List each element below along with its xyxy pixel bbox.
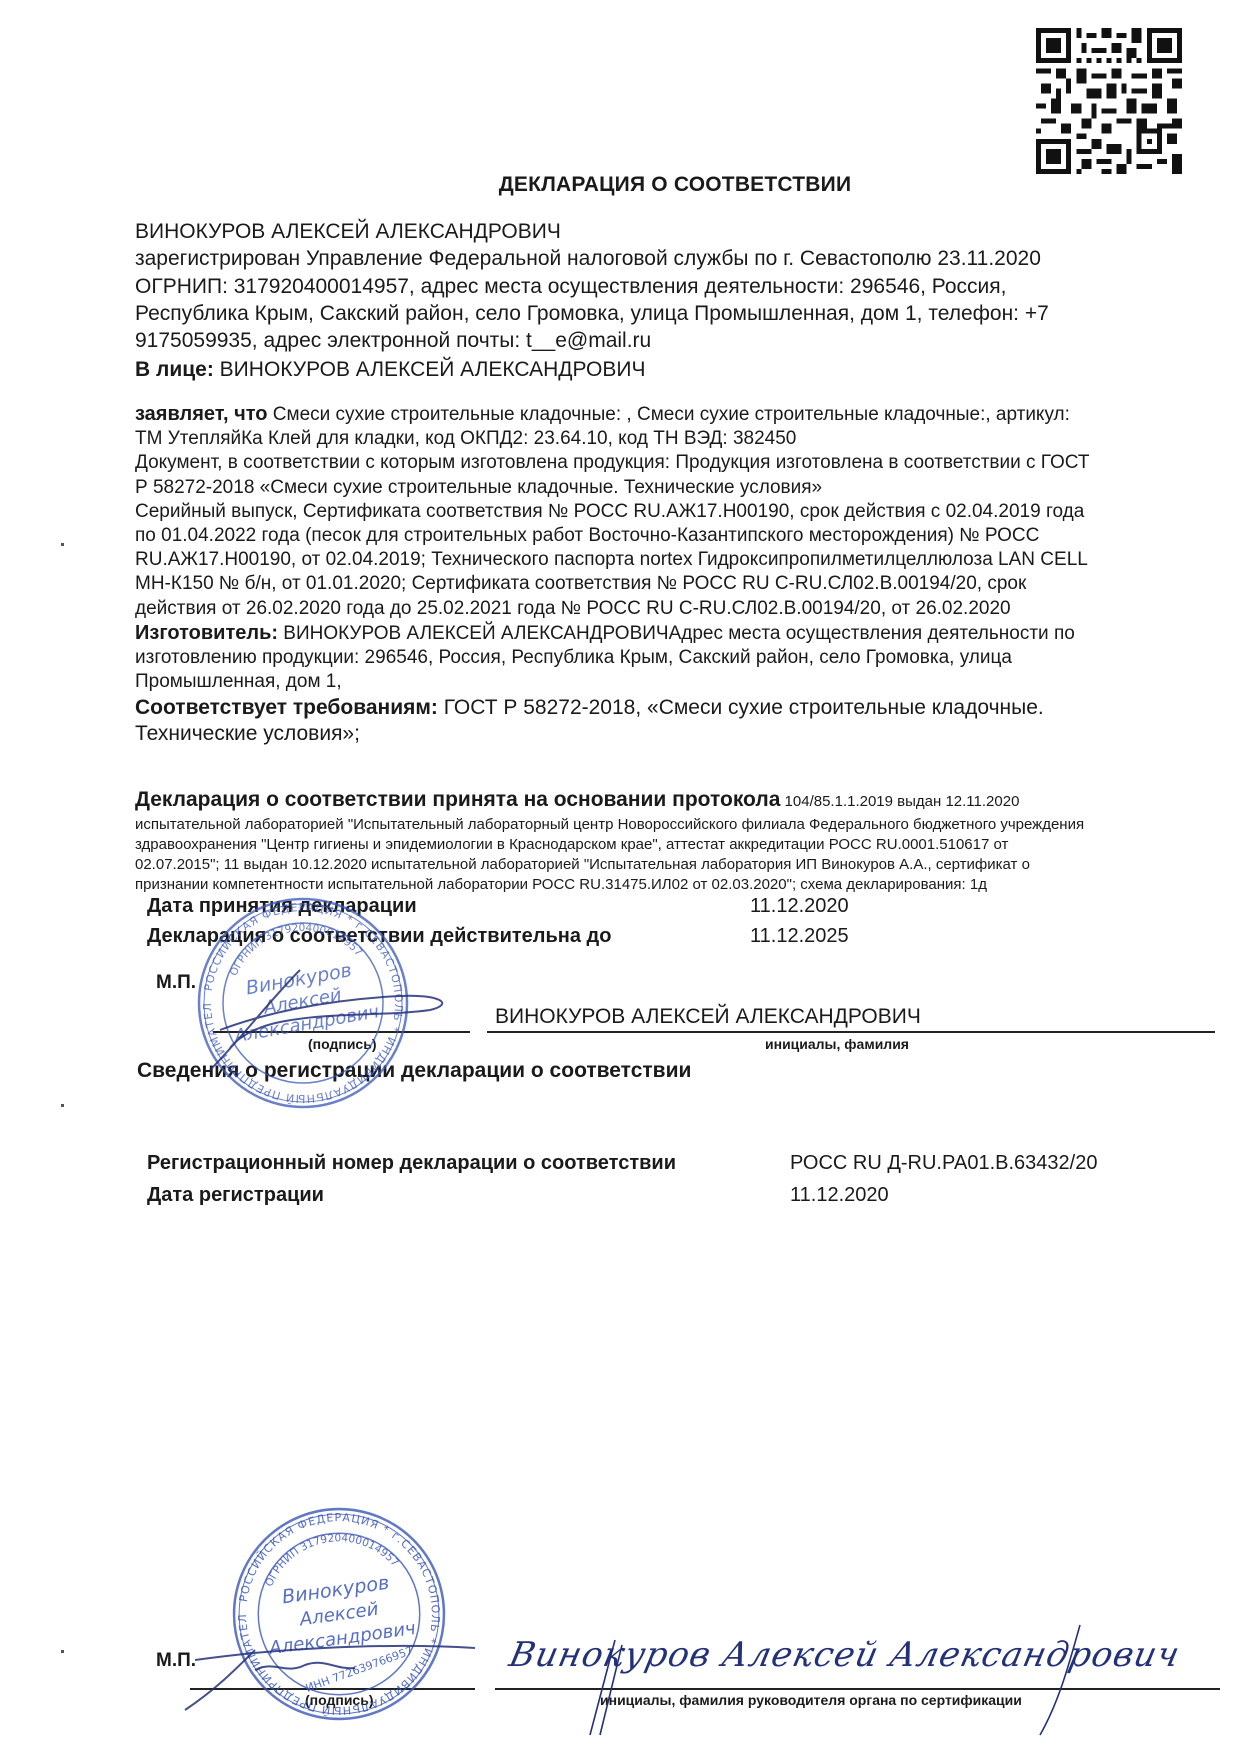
manufacturer-line: Промышленная, дом 1,: [135, 670, 1210, 694]
handwritten-signature-icon: [180, 960, 480, 1080]
signer-name: ВИНОКУРОВ АЛЕКСЕЙ АЛЕКСАНДРОВИЧ: [495, 1005, 921, 1029]
registration-date-value: 11.12.2020: [790, 1184, 889, 1207]
declares-label: заявляет, что: [135, 403, 268, 425]
represented-by: В лице: ВИНОКУРОВ АЛЕКСЕЙ АЛЕКСАНДРОВИЧ: [135, 356, 1195, 383]
statement-line: по 01.04.2022 года (песок для строительн…: [135, 524, 1210, 548]
statement-line: ТМ УтепляйКа Клей для кладки, код ОКПД2:…: [135, 427, 1210, 451]
registration-date-label: Дата регистрации: [147, 1184, 324, 1207]
page-title: ДЕКЛАРАЦИЯ О СООТВЕТСТВИИ: [0, 173, 1240, 197]
applicant-name: ВИНОКУРОВ АЛЕКСЕЙ АЛЕКСАНДРОВИЧ: [135, 218, 1195, 245]
compliance-block: Соответствует требованиям: ГОСТ Р 58272-…: [135, 695, 1210, 747]
registration-number-label: Регистрационный номер декларации о соотв…: [147, 1152, 676, 1175]
handwritten-signature-icon-2: [175, 1630, 495, 1720]
statement-line: Документ, в соответствии с которым изгот…: [135, 451, 1210, 475]
applicant-line: Республика Крым, Сакский район, село Гро…: [135, 300, 1195, 327]
manufacturer-line: изготовлению продукции: 296546, Россия, …: [135, 646, 1210, 670]
protocol-line: здравоохранения "Центр гигиены и эпидеми…: [135, 835, 1220, 855]
applicant-block: ВИНОКУРОВ АЛЕКСЕЙ АЛЕКСАНДРОВИЧ зарегист…: [135, 218, 1195, 384]
scan-speck: [61, 1104, 64, 1107]
valid-until-value: 11.12.2025: [750, 925, 849, 948]
scan-speck: [61, 1650, 64, 1653]
qr-code-icon: [1036, 28, 1182, 174]
protocol-line: 02.07.2015"; 11 выдан 10.12.2020 испытат…: [135, 855, 1220, 875]
statement-line: Р 58272-2018 «Смеси сухие строительные к…: [135, 476, 1210, 500]
statement-line: Серийный выпуск, Сертификата соответстви…: [135, 500, 1210, 524]
protocol-block: Декларация о соответствии принята на осн…: [135, 787, 1220, 895]
compliance-value-cont: Технические условия»;: [135, 721, 1210, 747]
name-caption: инициалы, фамилия: [765, 1036, 909, 1052]
manufacturer-line: Изготовитель: ВИНОКУРОВ АЛЕКСЕЙ АЛЕКСАНД…: [135, 621, 1210, 646]
applicant-line: ОГРНИП: 317920400014957, адрес места осу…: [135, 273, 1195, 300]
statement-block: заявляет, что Смеси сухие строительные к…: [135, 402, 1210, 694]
applicant-line: 9175059935, адрес электронной почты: t__…: [135, 327, 1195, 354]
scan-speck: [61, 543, 64, 546]
protocol-line: признании компетентности испытательной л…: [135, 875, 1220, 895]
compliance-value: ГОСТ Р 58272-2018, «Смеси сухие строител…: [438, 696, 1044, 719]
compliance-label: Соответствует требованиям:: [135, 696, 438, 719]
name-line: [487, 1031, 1215, 1033]
protocol-label: Декларация о соответствии принята на осн…: [135, 788, 780, 811]
manufacturer-label: Изготовитель:: [135, 622, 278, 644]
statement-line: действия от 26.02.2020 года до 25.02.202…: [135, 597, 1210, 621]
represented-label: В лице:: [135, 358, 214, 381]
protocol-number: 104/85.1.1.2019 выдан 12.11.2020: [780, 793, 1019, 810]
represented-value: ВИНОКУРОВ АЛЕКСЕЙ АЛЕКСАНДРОВИЧ: [214, 358, 646, 381]
adopted-date-value: 11.12.2020: [750, 895, 849, 918]
applicant-line: зарегистрирован Управление Федеральной н…: [135, 245, 1195, 272]
statement-line: RU.АЖ17.Н00190, от 02.04.2019; Техническ…: [135, 548, 1210, 572]
statement-line: заявляет, что Смеси сухие строительные к…: [135, 402, 1210, 427]
statement-line: МН-К150 № б/н, от 01.01.2020; Сертификат…: [135, 572, 1210, 596]
protocol-line: испытательной лабораторией "Испытательны…: [135, 815, 1220, 835]
registration-number-value: РОСС RU Д-RU.РА01.В.63432/20: [790, 1152, 1097, 1175]
signature-flourish-icon: [560, 1620, 1120, 1740]
